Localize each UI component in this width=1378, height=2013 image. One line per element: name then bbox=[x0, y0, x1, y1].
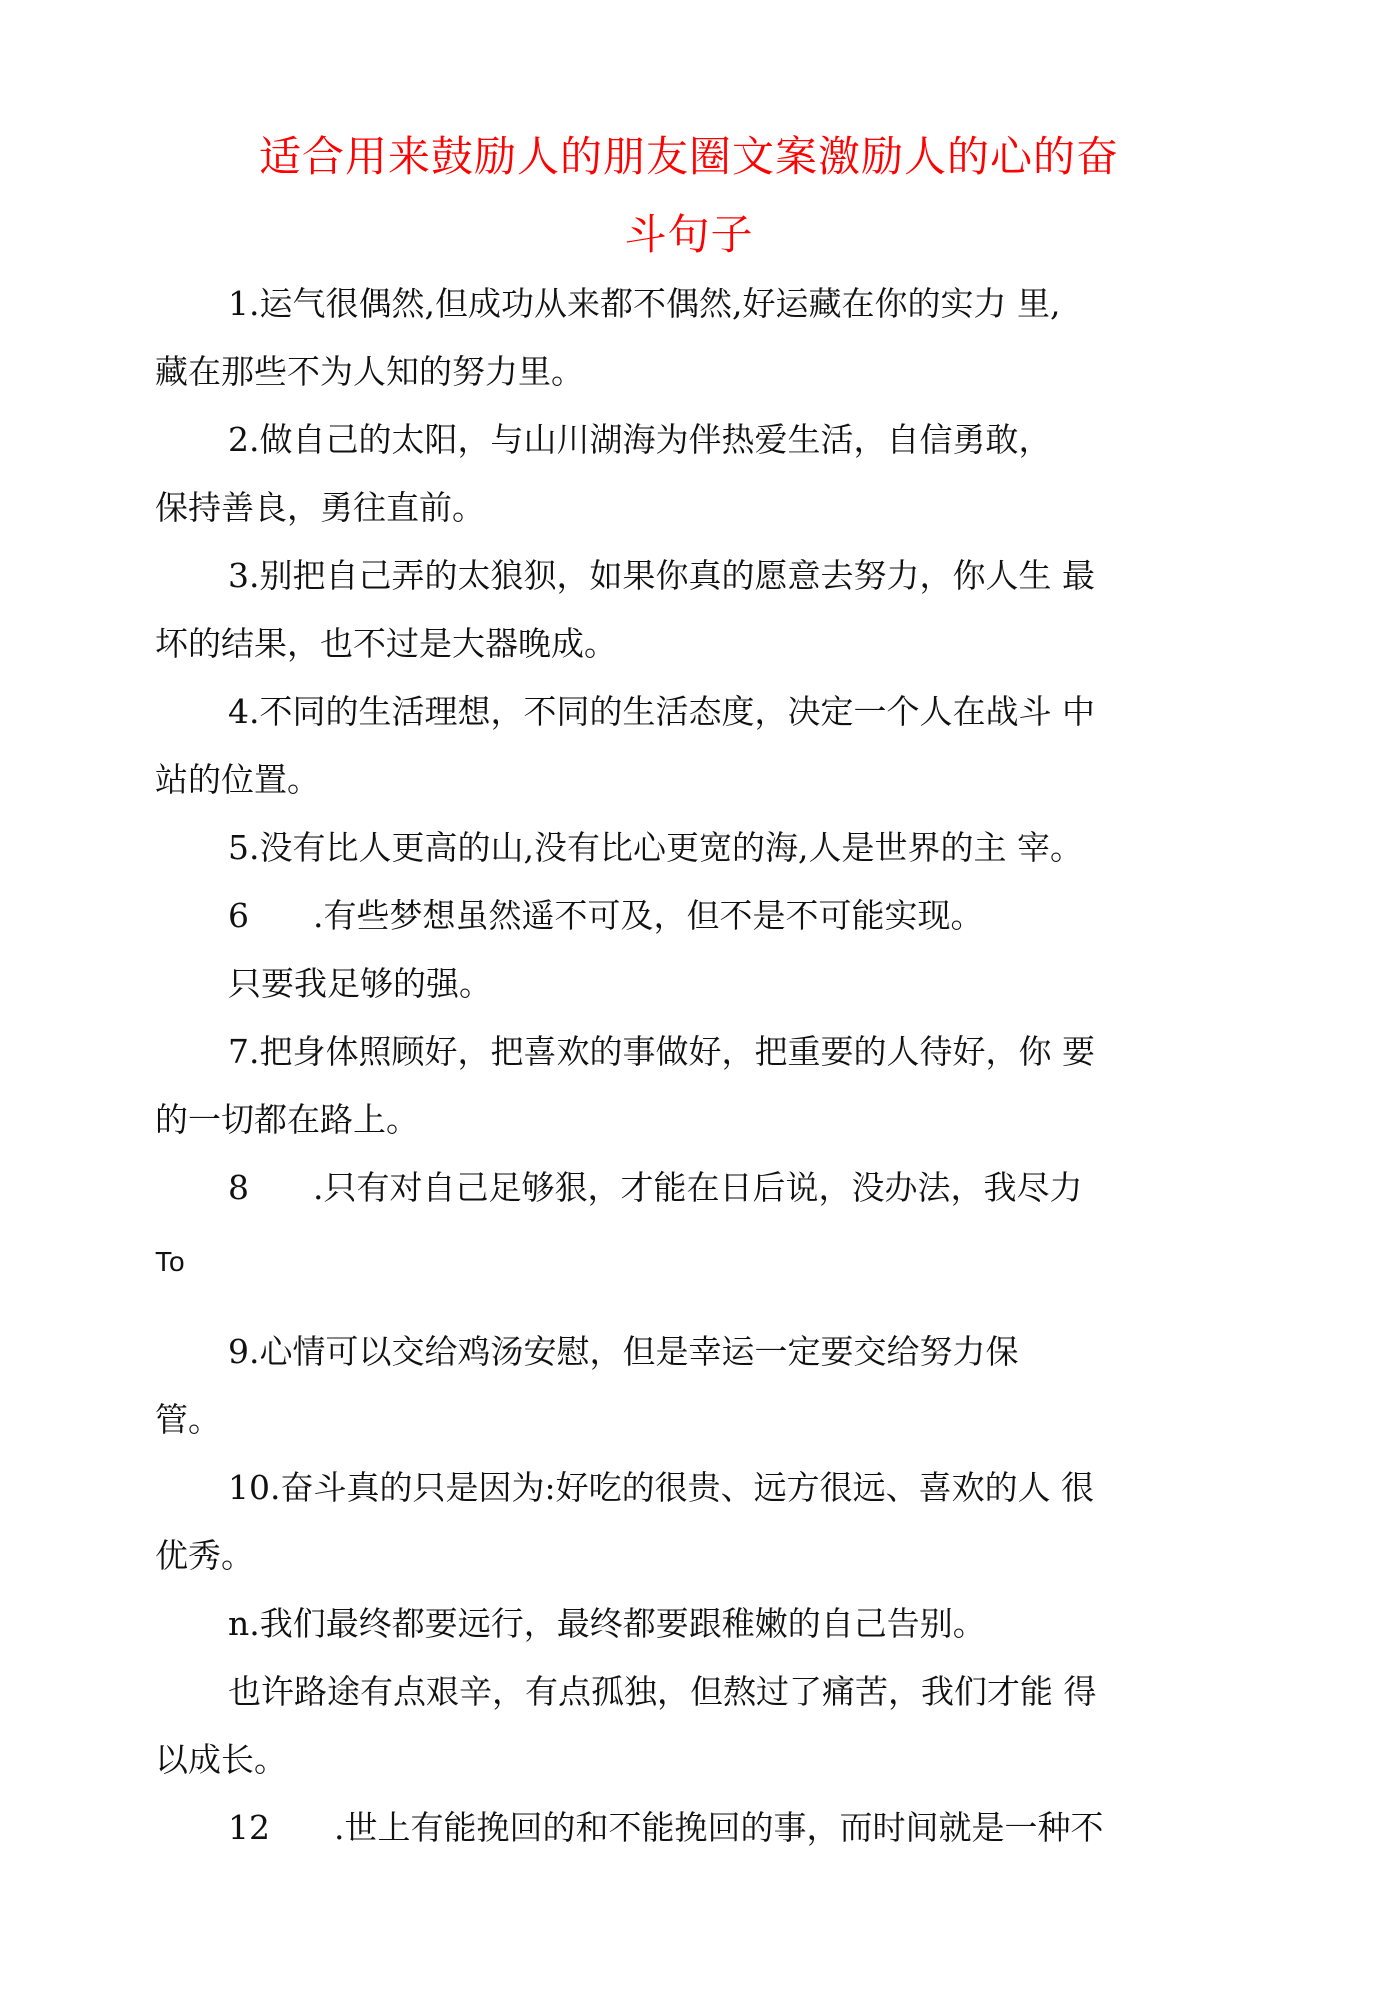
item-text: .世上有能挽回的和不能挽回的事，而时间就是一种不 bbox=[334, 1808, 1104, 1847]
paragraph-line-numbered: 8.只有对自己足够狠，才能在日后说，没办法，我尽力 bbox=[228, 1166, 1083, 1210]
item-text: .只有对自己足够狠，才能在日后说，没办法，我尽力 bbox=[313, 1168, 1083, 1207]
paragraph-line: 保持善良，勇往直前。 bbox=[155, 486, 485, 530]
paragraph-line: 管。 bbox=[155, 1398, 221, 1442]
paragraph-line-numbered: 6.有些梦想虽然遥不可及，但不是不可能实现。 bbox=[228, 894, 984, 938]
paragraph-line: 优秀。 bbox=[155, 1534, 254, 1578]
paragraph-line: n.我们最终都要远行，最终都要跟稚嫩的自己告别。 bbox=[228, 1602, 986, 1646]
paragraph-line: 2.做自己的太阳，与山川湖海为伴热爱生活，自信勇敢， bbox=[228, 418, 1052, 462]
paragraph-line: 以成长。 bbox=[155, 1738, 287, 1782]
paragraph-line: 只要我足够的强。 bbox=[228, 962, 492, 1006]
paragraph-line: 坏的结果，也不过是大器晚成。 bbox=[155, 622, 617, 666]
paragraph-line: 3.别把自己弄的太狼狈，如果你真的愿意去努力，你人生 最 bbox=[228, 554, 1095, 598]
paragraph-line: 4.不同的生活理想，不同的生活态度，决定一个人在战斗 中 bbox=[228, 690, 1095, 734]
document-page: 适合用来鼓励人的朋友圈文案激励人的心的奋 斗句子 1.运气很偶然,但成功从来都不… bbox=[0, 0, 1378, 2013]
paragraph-line: 藏在那些不为人知的努力里。 bbox=[155, 350, 584, 394]
paragraph-line: 9.心情可以交给鸡汤安慰，但是幸运一定要交给努力保 bbox=[228, 1330, 1019, 1374]
paragraph-line: 10.奋斗真的只是因为:好吃的很贵、远方很远、喜欢的人 很 bbox=[228, 1466, 1094, 1510]
paragraph-line-numbered: 12.世上有能挽回的和不能挽回的事，而时间就是一种不 bbox=[228, 1806, 1104, 1850]
paragraph-line-latin: To bbox=[155, 1240, 185, 1284]
document-title-line-1: 适合用来鼓励人的朋友圈文案激励人的心的奋 bbox=[0, 132, 1378, 182]
paragraph-line: 的一切都在路上。 bbox=[155, 1098, 419, 1142]
item-number: 6 bbox=[228, 896, 249, 935]
paragraph-line: 站的位置。 bbox=[155, 758, 320, 802]
paragraph-line: 也许路途有点艰辛，有点孤独，但熬过了痛苦，我们才能 得 bbox=[228, 1670, 1097, 1714]
item-text: .有些梦想虽然遥不可及，但不是不可能实现。 bbox=[313, 896, 984, 935]
paragraph-line: 5.没有比人更高的山,没有比心更宽的海,人是世界的主 宰。 bbox=[228, 826, 1083, 870]
item-number: 8 bbox=[228, 1168, 249, 1207]
paragraph-line: 7.把身体照顾好，把喜欢的事做好，把重要的人待好，你 要 bbox=[228, 1030, 1095, 1074]
paragraph-line: 1.运气很偶然,但成功从来都不偶然,好运藏在你的实力 里, bbox=[228, 282, 1060, 326]
document-title-line-2: 斗句子 bbox=[0, 210, 1378, 260]
item-number: 12 bbox=[228, 1808, 270, 1847]
